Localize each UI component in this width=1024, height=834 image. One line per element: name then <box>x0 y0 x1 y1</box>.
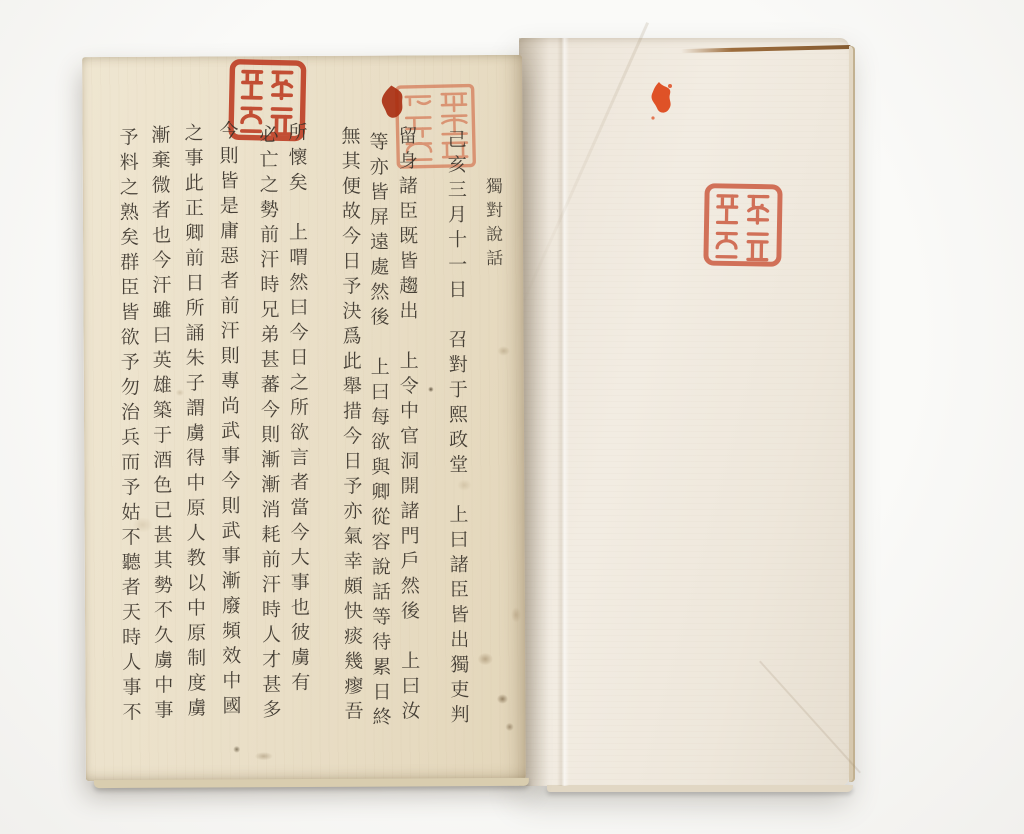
text-column: 今則皆是庸惡者前汗則專尚武事今則武事漸廢頻效中國 <box>214 120 242 720</box>
text-column: 漸棄微者也今汗雖曰英雄築于酒色已甚其勢不久虜中事 <box>146 125 174 725</box>
text-column: 等亦皆屏遠處然後 上曰每欲與卿從容說話等待累日終 <box>365 132 393 732</box>
photo-background: 獨對說話 己亥三月十一日 召對于熙政堂 上曰諸臣皆出獨吏判 留身諸臣既皆趨出 上… <box>0 0 1024 834</box>
book-cover-edge <box>681 45 851 53</box>
text-column: 予料之熟矣群臣皆欲予勿治兵而予姑不聽者天時人事不 <box>114 127 142 727</box>
red-ink-blot-icon <box>646 80 676 122</box>
library-seal-icon <box>700 182 785 267</box>
page-bottom-edge <box>547 785 853 792</box>
text-column: 之事此正卿前日所誦朱子謂虜得中原人教以中原制度虜 <box>179 123 207 723</box>
text-column: 留身諸臣既皆趨出 上令中官洞開諸門戶然後 上曰汝 <box>393 125 421 725</box>
page-stack-edge <box>849 46 855 782</box>
text-column: 所懷矣 上喟然曰今日之所欲言者當今大事也彼虜有 <box>283 122 311 697</box>
manuscript-text: 獨對說話 己亥三月十一日 召對于熙政堂 上曰諸臣皆出獨吏判 留身諸臣既皆趨出 上… <box>82 55 522 57</box>
right-page <box>519 38 849 786</box>
title-column: 獨對說話 <box>479 177 505 273</box>
paper-crease <box>759 661 861 774</box>
left-page: 獨對說話 己亥三月十一日 召對于熙政堂 上曰諸臣皆出獨吏判 留身諸臣既皆趨出 上… <box>82 55 526 781</box>
page-bottom-edge <box>94 778 529 788</box>
text-column: 無其便故今日予決爲此舉措今日予亦氣幸頗快痰幾瘳吾 <box>336 126 364 726</box>
paper-crease <box>557 38 569 786</box>
text-column: 必亡之勢前汗時兄弟甚蕃今則漸漸消耗前汗時人才甚多 <box>254 124 282 724</box>
text-column: 己亥三月十一日 召對于熙政堂 上曰諸臣皆出獨吏判 <box>442 129 470 729</box>
red-ink-blot-icon <box>377 84 407 126</box>
